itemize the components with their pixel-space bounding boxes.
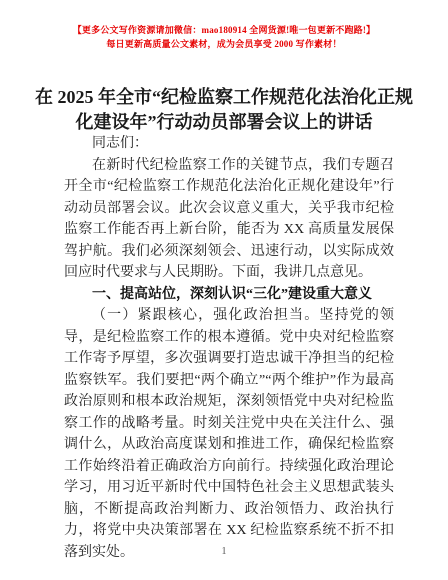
salutation: 同志们：: [64, 133, 394, 155]
intro-paragraph: 在新时代纪检监察工作的关键节点，我们专题召开全市“纪检监察工作规范化法治化正规化…: [64, 155, 394, 284]
promo-watermark: 【更多公文写作资源请加微信：mao180914 全网货源!唯一包更新不跑路!】 …: [0, 23, 448, 51]
page-number: 1: [0, 546, 448, 558]
section-heading-1: 一、提高站位，深刻认识“三化”建设重大意义: [64, 284, 394, 306]
document-page: 【更多公文写作资源请加微信：mao180914 全网货源!唯一包更新不跑路!】 …: [0, 0, 448, 580]
document-title: 在 2025 年全市“纪检监察工作规范化法治化正规化建设年”行动动员部署会议上的…: [34, 85, 414, 135]
promo-watermark-line2: 每日更新高质量公文素材，成为会员享受 2000 写作素材！: [0, 37, 448, 51]
document-body: 同志们： 在新时代纪检监察工作的关键节点，我们专题召开全市“纪检监察工作规范化法…: [64, 133, 394, 563]
body-paragraph-1: （一）紧跟核心，强化政治担当。坚持党的领导，是纪检监察工作的根本遵循。党中央对纪…: [64, 305, 394, 563]
promo-watermark-line1: 【更多公文写作资源请加微信：mao180914 全网货源!唯一包更新不跑路!】: [0, 23, 448, 37]
